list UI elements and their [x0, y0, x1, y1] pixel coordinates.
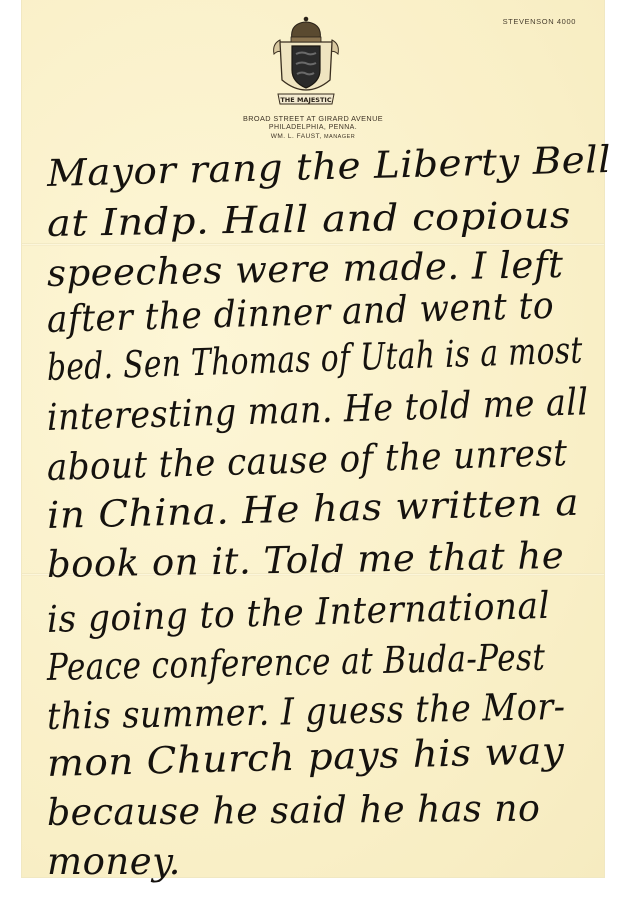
handwritten-line: money. — [47, 840, 181, 883]
manager-name: WM. L. FAUST, — [271, 133, 322, 140]
crest-banner-text: THE MAJESTIC — [280, 96, 331, 104]
manager-title: MANAGER — [324, 134, 355, 140]
heraldic-crest-icon: THE MAJESTIC — [266, 10, 346, 108]
street-address: BROAD STREET AT GIRARD AVENUE — [22, 114, 604, 123]
telephone-exchange: STEVENSON 4000 — [503, 17, 576, 26]
handwritten-line: book on it. Told me that he — [47, 534, 565, 586]
handwritten-line: at Indp. Hall and copious — [47, 194, 572, 245]
city-state: PHILADELPHIA, PENNA. — [22, 123, 604, 132]
handwritten-line: because he said he has no — [47, 787, 541, 834]
letterhead-address: BROAD STREET AT GIRARD AVENUE PHILADELPH… — [22, 114, 604, 142]
